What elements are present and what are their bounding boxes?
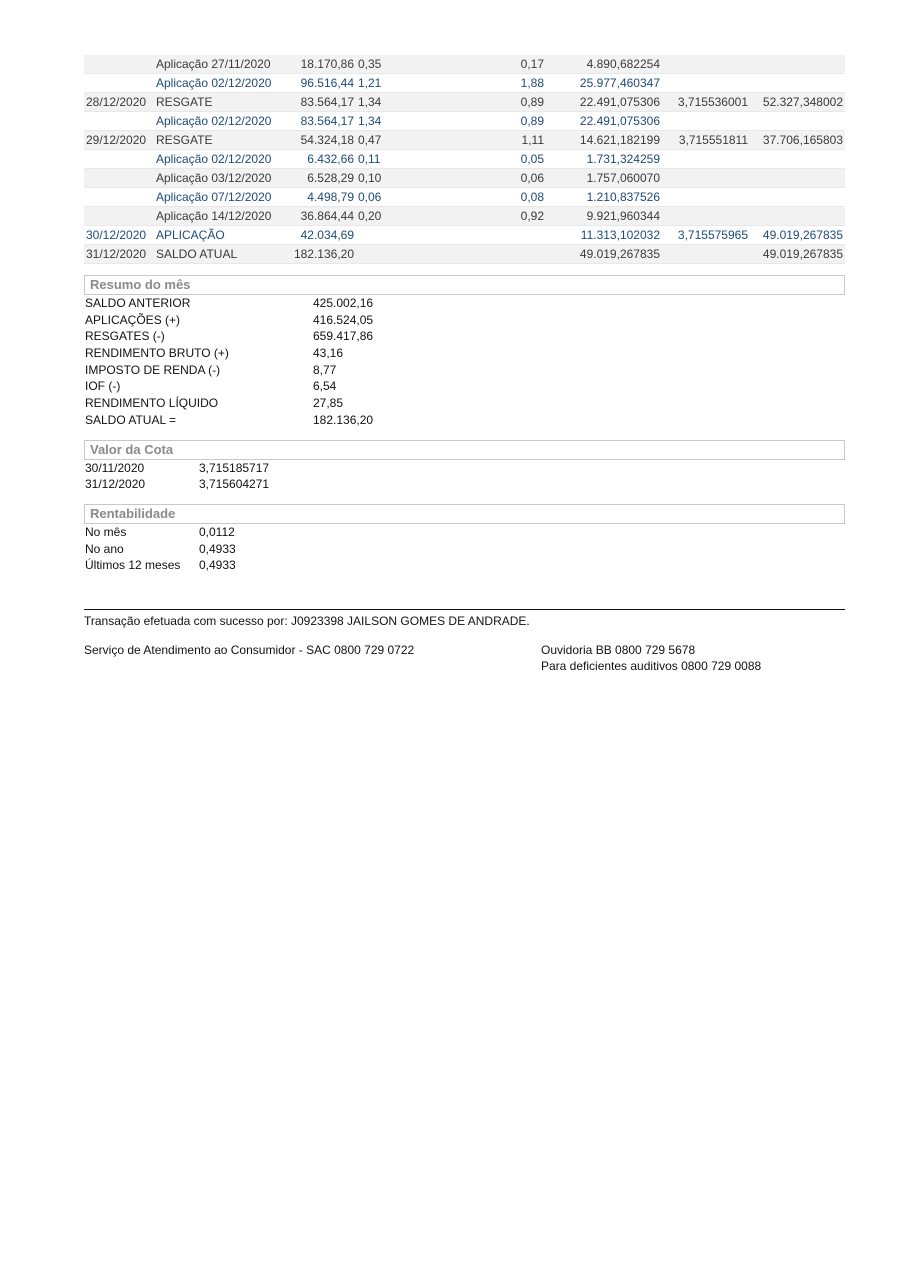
cell-iof: 1,11 <box>494 131 546 150</box>
item-label: RENDIMENTO LÍQUIDO <box>85 395 313 412</box>
cell-valor: 182.136,20 <box>284 245 356 264</box>
cell-rendimento: 1,34 <box>356 112 414 131</box>
cell-valor: 54.324,18 <box>284 131 356 150</box>
cell-cotas: 11.313,102032 <box>546 226 662 245</box>
item-value: 8,77 <box>313 362 336 379</box>
statement-page: Aplicação 27/11/202018.170,860,350,174.8… <box>84 55 845 574</box>
cell-valor-cota <box>662 112 750 131</box>
cell-iof: 1,88 <box>494 74 546 93</box>
cell-valor: 83.564,17 <box>284 93 356 112</box>
item-value: 3,715185717 <box>199 460 269 477</box>
transaction-confirmation: Transação efetuada com sucesso por: J092… <box>84 613 845 629</box>
cell-description: Aplicação 02/12/2020 <box>154 74 284 93</box>
cell-ir <box>414 150 494 169</box>
cell-saldo-cotas: 49.019,267835 <box>750 245 845 264</box>
resumo-list: SALDO ANTERIOR425.002,16APLICAÇÕES (+)41… <box>84 295 845 429</box>
item-value: 3,715604271 <box>199 476 269 493</box>
cell-valor-cota: 3,715551811 <box>662 131 750 150</box>
cell-rendimento: 0,35 <box>356 55 414 74</box>
item-label: 31/12/2020 <box>85 476 199 493</box>
cell-valor: 18.170,86 <box>284 55 356 74</box>
item-label: IOF (-) <box>85 378 313 395</box>
valor-cota-list: 30/11/20203,71518571731/12/20203,7156042… <box>84 460 845 493</box>
list-item: IOF (-)6,54 <box>84 378 845 395</box>
table-row: 30/12/2020APLICAÇÃO42.034,6911.313,10203… <box>84 226 845 245</box>
item-label: No ano <box>85 541 199 558</box>
cell-valor-cota <box>662 55 750 74</box>
cell-ir <box>414 169 494 188</box>
cell-cotas: 1.731,324259 <box>546 150 662 169</box>
item-label: 30/11/2020 <box>85 460 199 477</box>
item-value: 0,4933 <box>199 557 236 574</box>
cell-valor: 6.432,66 <box>284 150 356 169</box>
cell-valor-cota <box>662 207 750 226</box>
cell-date: 31/12/2020 <box>84 245 154 264</box>
cell-date: 30/12/2020 <box>84 226 154 245</box>
cell-date <box>84 150 154 169</box>
ouvidoria-contact: Ouvidoria BB 0800 729 5678 <box>541 642 761 658</box>
list-item: No mês0,0112 <box>84 524 845 541</box>
cell-valor: 4.498,79 <box>284 188 356 207</box>
cell-iof <box>494 226 546 245</box>
table-row: Aplicação 02/12/20206.432,660,110,051.73… <box>84 150 845 169</box>
cell-cotas: 9.921,960344 <box>546 207 662 226</box>
cell-saldo-cotas <box>750 112 845 131</box>
list-item: 31/12/20203,715604271 <box>84 476 845 493</box>
cell-rendimento <box>356 245 414 264</box>
cell-ir <box>414 226 494 245</box>
cell-ir <box>414 74 494 93</box>
resumo-section: Resumo do mês SALDO ANTERIOR425.002,16AP… <box>84 275 845 429</box>
cell-saldo-cotas: 49.019,267835 <box>750 226 845 245</box>
cell-rendimento: 0,06 <box>356 188 414 207</box>
cell-description: Aplicação 02/12/2020 <box>154 150 284 169</box>
item-label: RESGATES (-) <box>85 328 313 345</box>
cell-rendimento: 0,47 <box>356 131 414 150</box>
cell-rendimento: 0,11 <box>356 150 414 169</box>
cell-ir <box>414 55 494 74</box>
cell-saldo-cotas <box>750 169 845 188</box>
item-label: RENDIMENTO BRUTO (+) <box>85 345 313 362</box>
item-label: Últimos 12 meses <box>85 557 199 574</box>
cell-ir <box>414 245 494 264</box>
cell-date <box>84 55 154 74</box>
item-value: 659.417,86 <box>313 328 373 345</box>
cell-valor: 36.864,44 <box>284 207 356 226</box>
list-item: APLICAÇÕES (+)416.524,05 <box>84 312 845 329</box>
list-item: 30/11/20203,715185717 <box>84 460 845 477</box>
cell-cotas: 1.210,837526 <box>546 188 662 207</box>
cell-description: Aplicação 02/12/2020 <box>154 112 284 131</box>
cell-iof: 0,89 <box>494 112 546 131</box>
cell-iof: 0,06 <box>494 169 546 188</box>
cell-valor: 96.516,44 <box>284 74 356 93</box>
cell-date: 29/12/2020 <box>84 131 154 150</box>
cell-iof: 0,89 <box>494 93 546 112</box>
table-row: Aplicação 07/12/20204.498,790,060,081.21… <box>84 188 845 207</box>
cell-date: 28/12/2020 <box>84 93 154 112</box>
cell-valor: 6.528,29 <box>284 169 356 188</box>
cell-saldo-cotas <box>750 74 845 93</box>
table-row: 28/12/2020RESGATE83.564,171,340,8922.491… <box>84 93 845 112</box>
item-label: APLICAÇÕES (+) <box>85 312 313 329</box>
sac-contact: Serviço de Atendimento ao Consumidor - S… <box>84 642 541 658</box>
rentabilidade-header: Rentabilidade <box>84 504 845 524</box>
cell-description: Aplicação 03/12/2020 <box>154 169 284 188</box>
cell-description: Aplicação 14/12/2020 <box>154 207 284 226</box>
item-value: 27,85 <box>313 395 343 412</box>
cell-ir <box>414 131 494 150</box>
cell-valor-cota <box>662 188 750 207</box>
cell-ir <box>414 207 494 226</box>
cell-description: RESGATE <box>154 131 284 150</box>
cell-saldo-cotas <box>750 207 845 226</box>
cell-cotas: 25.977,460347 <box>546 74 662 93</box>
table-row: Aplicação 14/12/202036.864,440,200,929.9… <box>84 207 845 226</box>
item-value: 0,0112 <box>199 524 235 541</box>
cell-cotas: 4.890,682254 <box>546 55 662 74</box>
cell-rendimento: 0,20 <box>356 207 414 226</box>
item-label: IMPOSTO DE RENDA (-) <box>85 362 313 379</box>
cell-valor-cota <box>662 169 750 188</box>
item-value: 43,16 <box>313 345 343 362</box>
cell-ir <box>414 112 494 131</box>
rentabilidade-list: No mês0,0112No ano0,4933Últimos 12 meses… <box>84 524 845 574</box>
cell-rendimento: 1,34 <box>356 93 414 112</box>
cell-rendimento <box>356 226 414 245</box>
cell-rendimento: 0,10 <box>356 169 414 188</box>
cell-saldo-cotas: 52.327,348002 <box>750 93 845 112</box>
resumo-header: Resumo do mês <box>84 275 845 295</box>
cell-date <box>84 188 154 207</box>
list-item: RESGATES (-)659.417,86 <box>84 328 845 345</box>
cell-date <box>84 169 154 188</box>
cell-date <box>84 207 154 226</box>
cell-ir <box>414 188 494 207</box>
footer: Transação efetuada com sucesso por: J092… <box>84 609 845 674</box>
cell-valor: 42.034,69 <box>284 226 356 245</box>
table-row: Aplicação 02/12/202083.564,171,340,8922.… <box>84 112 845 131</box>
cell-description: Aplicação 07/12/2020 <box>154 188 284 207</box>
cell-valor: 83.564,17 <box>284 112 356 131</box>
cell-cotas: 49.019,267835 <box>546 245 662 264</box>
list-item: No ano0,4933 <box>84 541 845 558</box>
cell-saldo-cotas: 37.706,165803 <box>750 131 845 150</box>
item-value: 0,4933 <box>199 541 236 558</box>
cell-valor-cota: 3,715575965 <box>662 226 750 245</box>
rentabilidade-section: Rentabilidade No mês0,0112No ano0,4933Úl… <box>84 504 845 574</box>
hearing-impaired-contact: Para deficientes auditivos 0800 729 0088 <box>541 658 761 674</box>
item-value: 182.136,20 <box>313 412 373 429</box>
cell-valor-cota <box>662 74 750 93</box>
list-item: SALDO ANTERIOR425.002,16 <box>84 295 845 312</box>
table-row: Aplicação 27/11/202018.170,860,350,174.8… <box>84 55 845 74</box>
cell-valor-cota: 3,715536001 <box>662 93 750 112</box>
cell-cotas: 1.757,060070 <box>546 169 662 188</box>
cell-date <box>84 112 154 131</box>
item-label: SALDO ATUAL = <box>85 412 313 429</box>
cell-valor-cota <box>662 150 750 169</box>
cell-iof: 0,05 <box>494 150 546 169</box>
valor-cota-header: Valor da Cota <box>84 440 845 460</box>
cell-cotas: 14.621,182199 <box>546 131 662 150</box>
cell-description: RESGATE <box>154 93 284 112</box>
item-value: 6,54 <box>313 378 336 395</box>
cell-description: SALDO ATUAL <box>154 245 284 264</box>
table-row: 29/12/2020RESGATE54.324,180,471,1114.621… <box>84 131 845 150</box>
list-item: SALDO ATUAL =182.136,20 <box>84 412 845 429</box>
item-label: SALDO ANTERIOR <box>85 295 313 312</box>
item-value: 416.524,05 <box>313 312 373 329</box>
cell-saldo-cotas <box>750 150 845 169</box>
cell-iof: 0,08 <box>494 188 546 207</box>
valor-cota-section: Valor da Cota 30/11/20203,71518571731/12… <box>84 440 845 493</box>
cell-iof <box>494 245 546 264</box>
cell-description: Aplicação 27/11/2020 <box>154 55 284 74</box>
cell-rendimento: 1,21 <box>356 74 414 93</box>
item-value: 425.002,16 <box>313 295 373 312</box>
cell-ir <box>414 93 494 112</box>
list-item: RENDIMENTO BRUTO (+)43,16 <box>84 345 845 362</box>
transactions-table: Aplicação 27/11/202018.170,860,350,174.8… <box>84 55 845 264</box>
cell-iof: 0,92 <box>494 207 546 226</box>
table-row: Aplicação 03/12/20206.528,290,100,061.75… <box>84 169 845 188</box>
cell-date <box>84 74 154 93</box>
cell-valor-cota <box>662 245 750 264</box>
list-item: RENDIMENTO LÍQUIDO27,85 <box>84 395 845 412</box>
cell-cotas: 22.491,075306 <box>546 112 662 131</box>
cell-saldo-cotas <box>750 55 845 74</box>
table-row: 31/12/2020SALDO ATUAL182.136,2049.019,26… <box>84 245 845 264</box>
item-label: No mês <box>85 524 199 541</box>
cell-saldo-cotas <box>750 188 845 207</box>
cell-description: APLICAÇÃO <box>154 226 284 245</box>
cell-cotas: 22.491,075306 <box>546 93 662 112</box>
list-item: IMPOSTO DE RENDA (-)8,77 <box>84 362 845 379</box>
list-item: Últimos 12 meses0,4933 <box>84 557 845 574</box>
table-row: Aplicação 02/12/202096.516,441,211,8825.… <box>84 74 845 93</box>
cell-iof: 0,17 <box>494 55 546 74</box>
